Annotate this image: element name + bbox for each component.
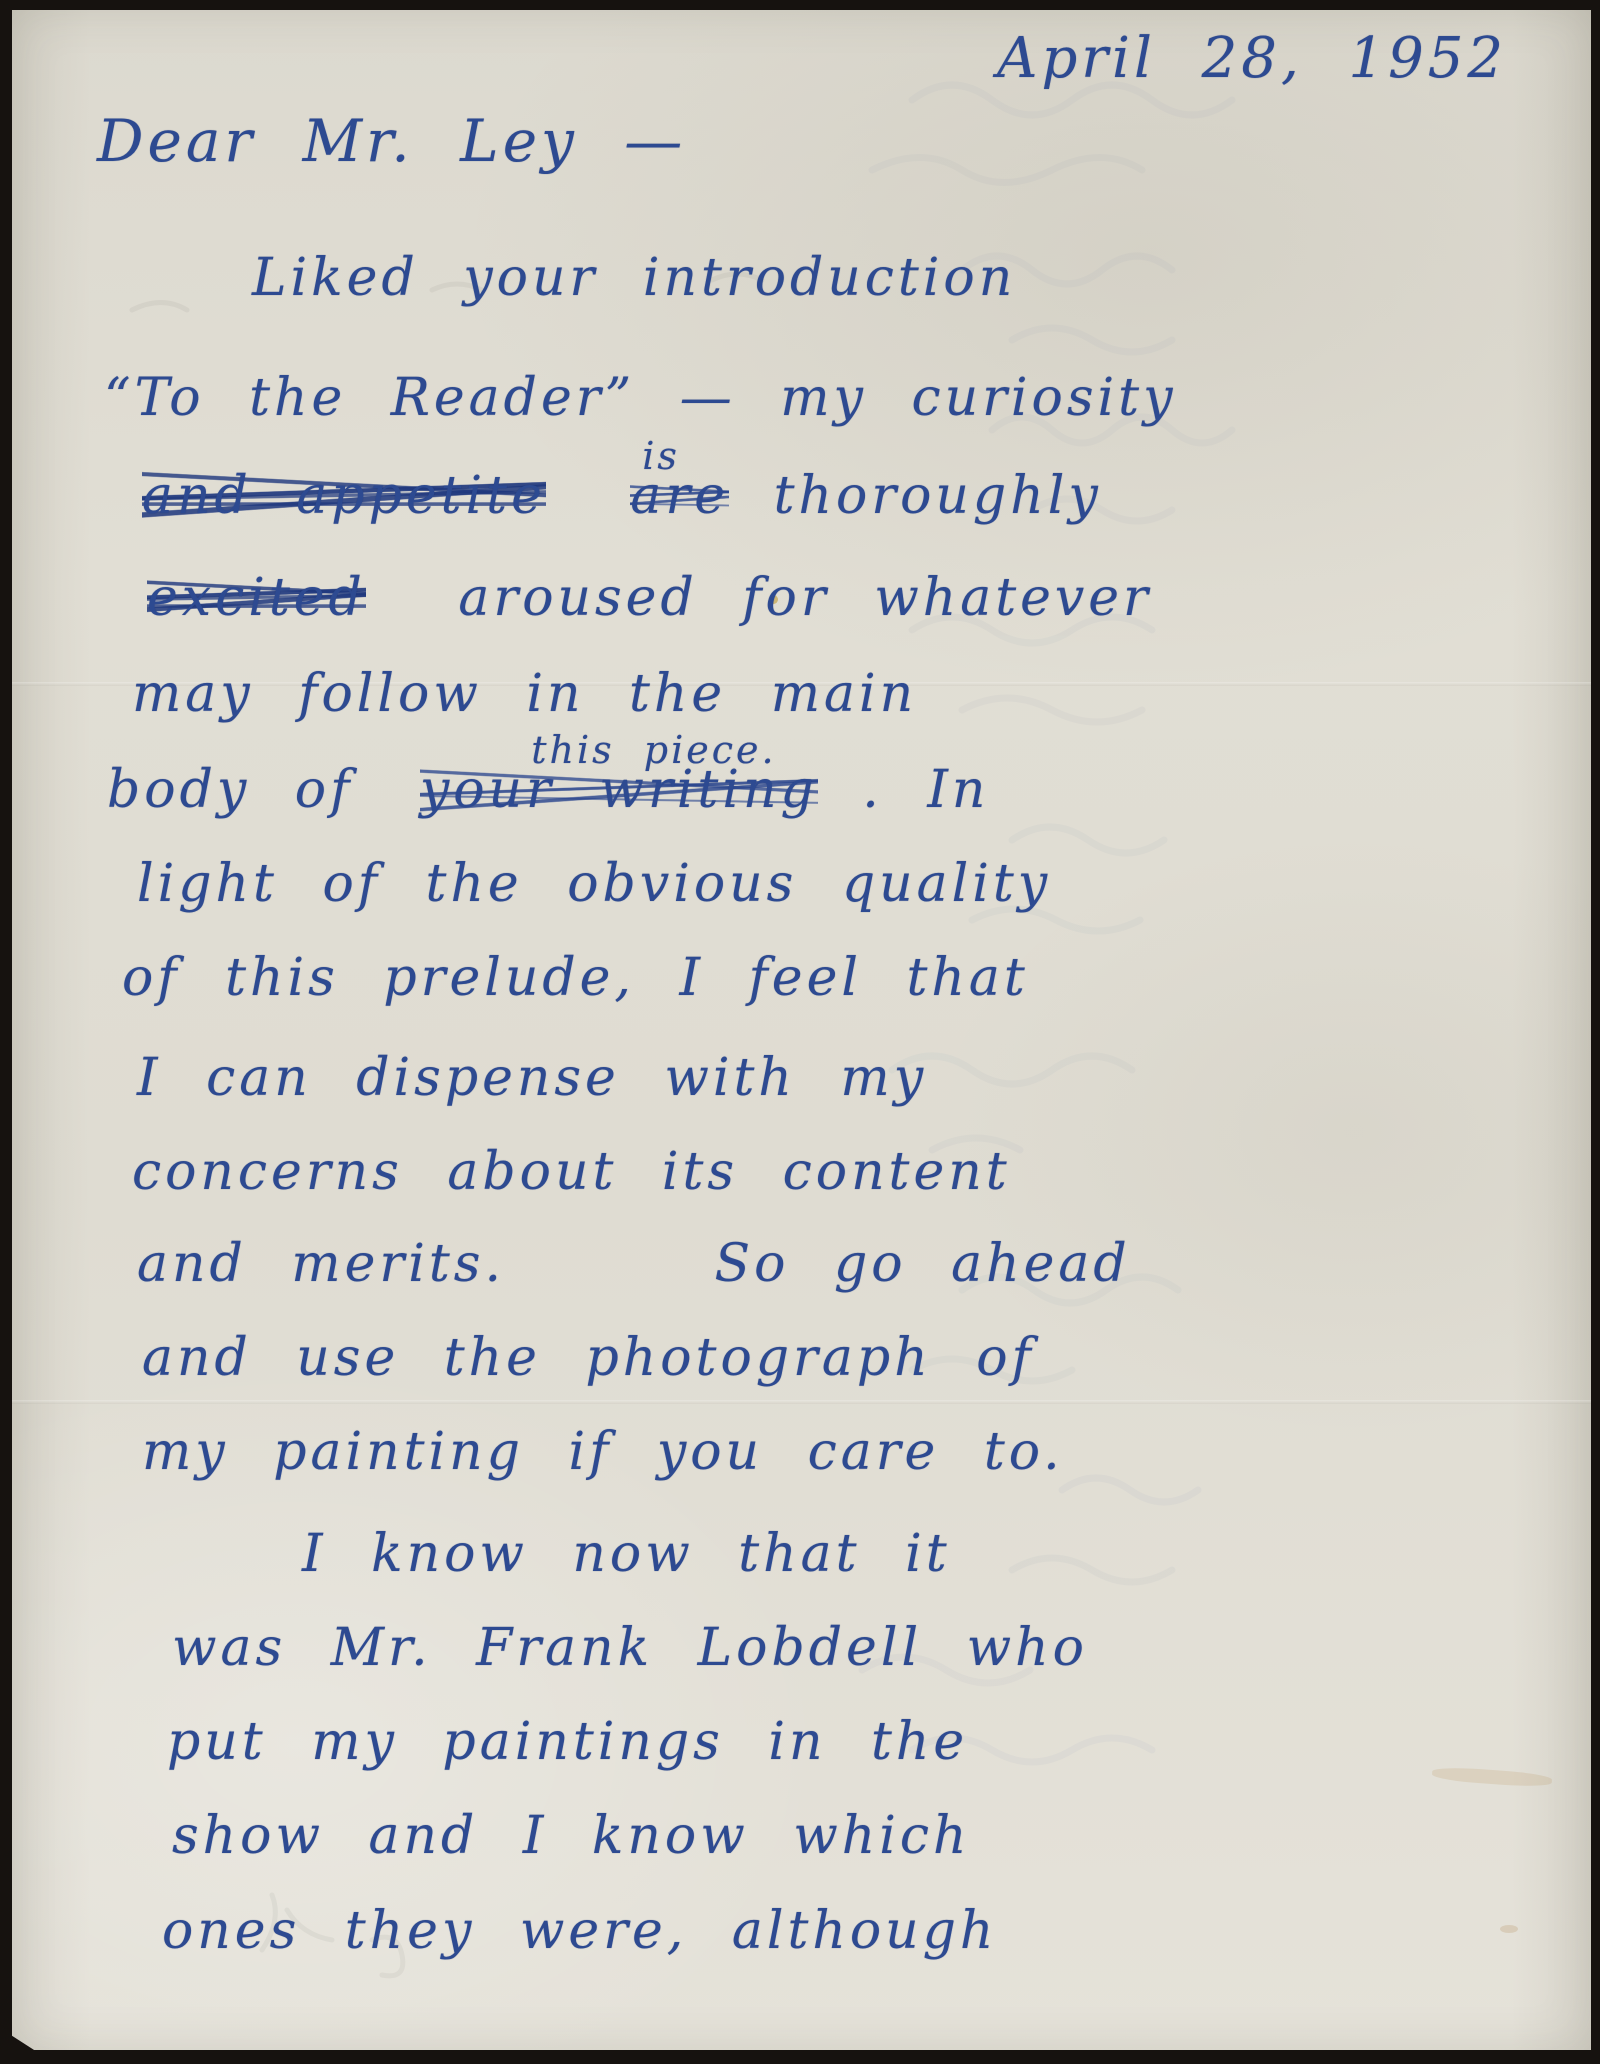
line-text: thoroughly (774, 466, 1102, 526)
letter-line: and merits. So go ahead (137, 1236, 1131, 1293)
correction-stack: this piece.your writing (420, 762, 818, 819)
letter-line: Liked your introduction (252, 250, 1016, 307)
letter-paper: April 28, 1952 Dear Mr. Ley — Liked your… (12, 10, 1591, 2050)
line-text: put my paintings in the (167, 1712, 968, 1772)
letter-date: April 28, 1952 (997, 28, 1507, 90)
letter-line: my painting if you care to. (142, 1424, 1064, 1481)
letter-line: light of the obvious quality (137, 856, 1051, 913)
correction-stack: isare (630, 468, 729, 525)
struck-text: excited (147, 568, 366, 628)
letter-line: I can dispense with my (137, 1050, 927, 1107)
letter-line: show and I know which (172, 1808, 971, 1865)
salutation-text: Dear Mr. Ley — (97, 107, 686, 175)
line-text: show and I know which (172, 1806, 971, 1866)
letter-line-with-corrections: body of this piece.your writing . In (107, 762, 989, 819)
line-text: was Mr. Frank Lobdell who (172, 1618, 1088, 1678)
line-text: may follow in the main (132, 664, 917, 724)
letter-line: and use the photograph of (142, 1330, 1035, 1387)
line-text: of this prelude, I feel that (122, 948, 1029, 1008)
line-text: body of (107, 760, 353, 820)
line-text: aroused for whatever (458, 568, 1152, 628)
letter-line: concerns about its content (132, 1144, 1011, 1201)
struck-text: your writing (420, 760, 818, 820)
struck-text: are (630, 466, 729, 526)
struck-text: and appetite (142, 466, 546, 526)
line-text: concerns about its content (132, 1142, 1011, 1202)
line-text: “To the Reader” — my curiosity (104, 368, 1176, 428)
letter-line: was Mr. Frank Lobdell who (172, 1620, 1088, 1677)
line-text: my painting if you care to. (142, 1422, 1064, 1482)
date-text: April 28, 1952 (997, 26, 1507, 91)
line-text: . In (862, 760, 989, 820)
paper-speck (1500, 1925, 1518, 1933)
line-text: and use the photograph of (142, 1328, 1035, 1388)
line-text: I can dispense with my (137, 1048, 927, 1108)
letter-salutation: Dear Mr. Ley — (97, 110, 686, 174)
line-text: light of the obvious quality (137, 854, 1051, 914)
letter-line: ones they were, although (162, 1903, 997, 1960)
letter-line: of this prelude, I feel that (122, 950, 1029, 1007)
line-text: I know now that it (302, 1524, 951, 1584)
line-text: So go ahead (715, 1234, 1131, 1294)
letter-line: “To the Reader” — my curiosity (104, 370, 1176, 427)
line-text: ones they were, although (162, 1901, 997, 1961)
letter-line: put my paintings in the (167, 1714, 968, 1771)
line-text: and merits. (137, 1234, 505, 1294)
letter-line-with-corrections: excited aroused for whatever (147, 570, 1152, 627)
letter-line: I know now that it (302, 1526, 951, 1583)
fold-crease-lower (12, 1400, 1591, 1404)
letter-line-with-corrections: and appetite isare thoroughly (142, 468, 1102, 525)
letter-line: may follow in the main (132, 666, 917, 723)
line-text: Liked your introduction (252, 248, 1016, 308)
letter-scan: April 28, 1952 Dear Mr. Ley — Liked your… (0, 0, 1600, 2064)
